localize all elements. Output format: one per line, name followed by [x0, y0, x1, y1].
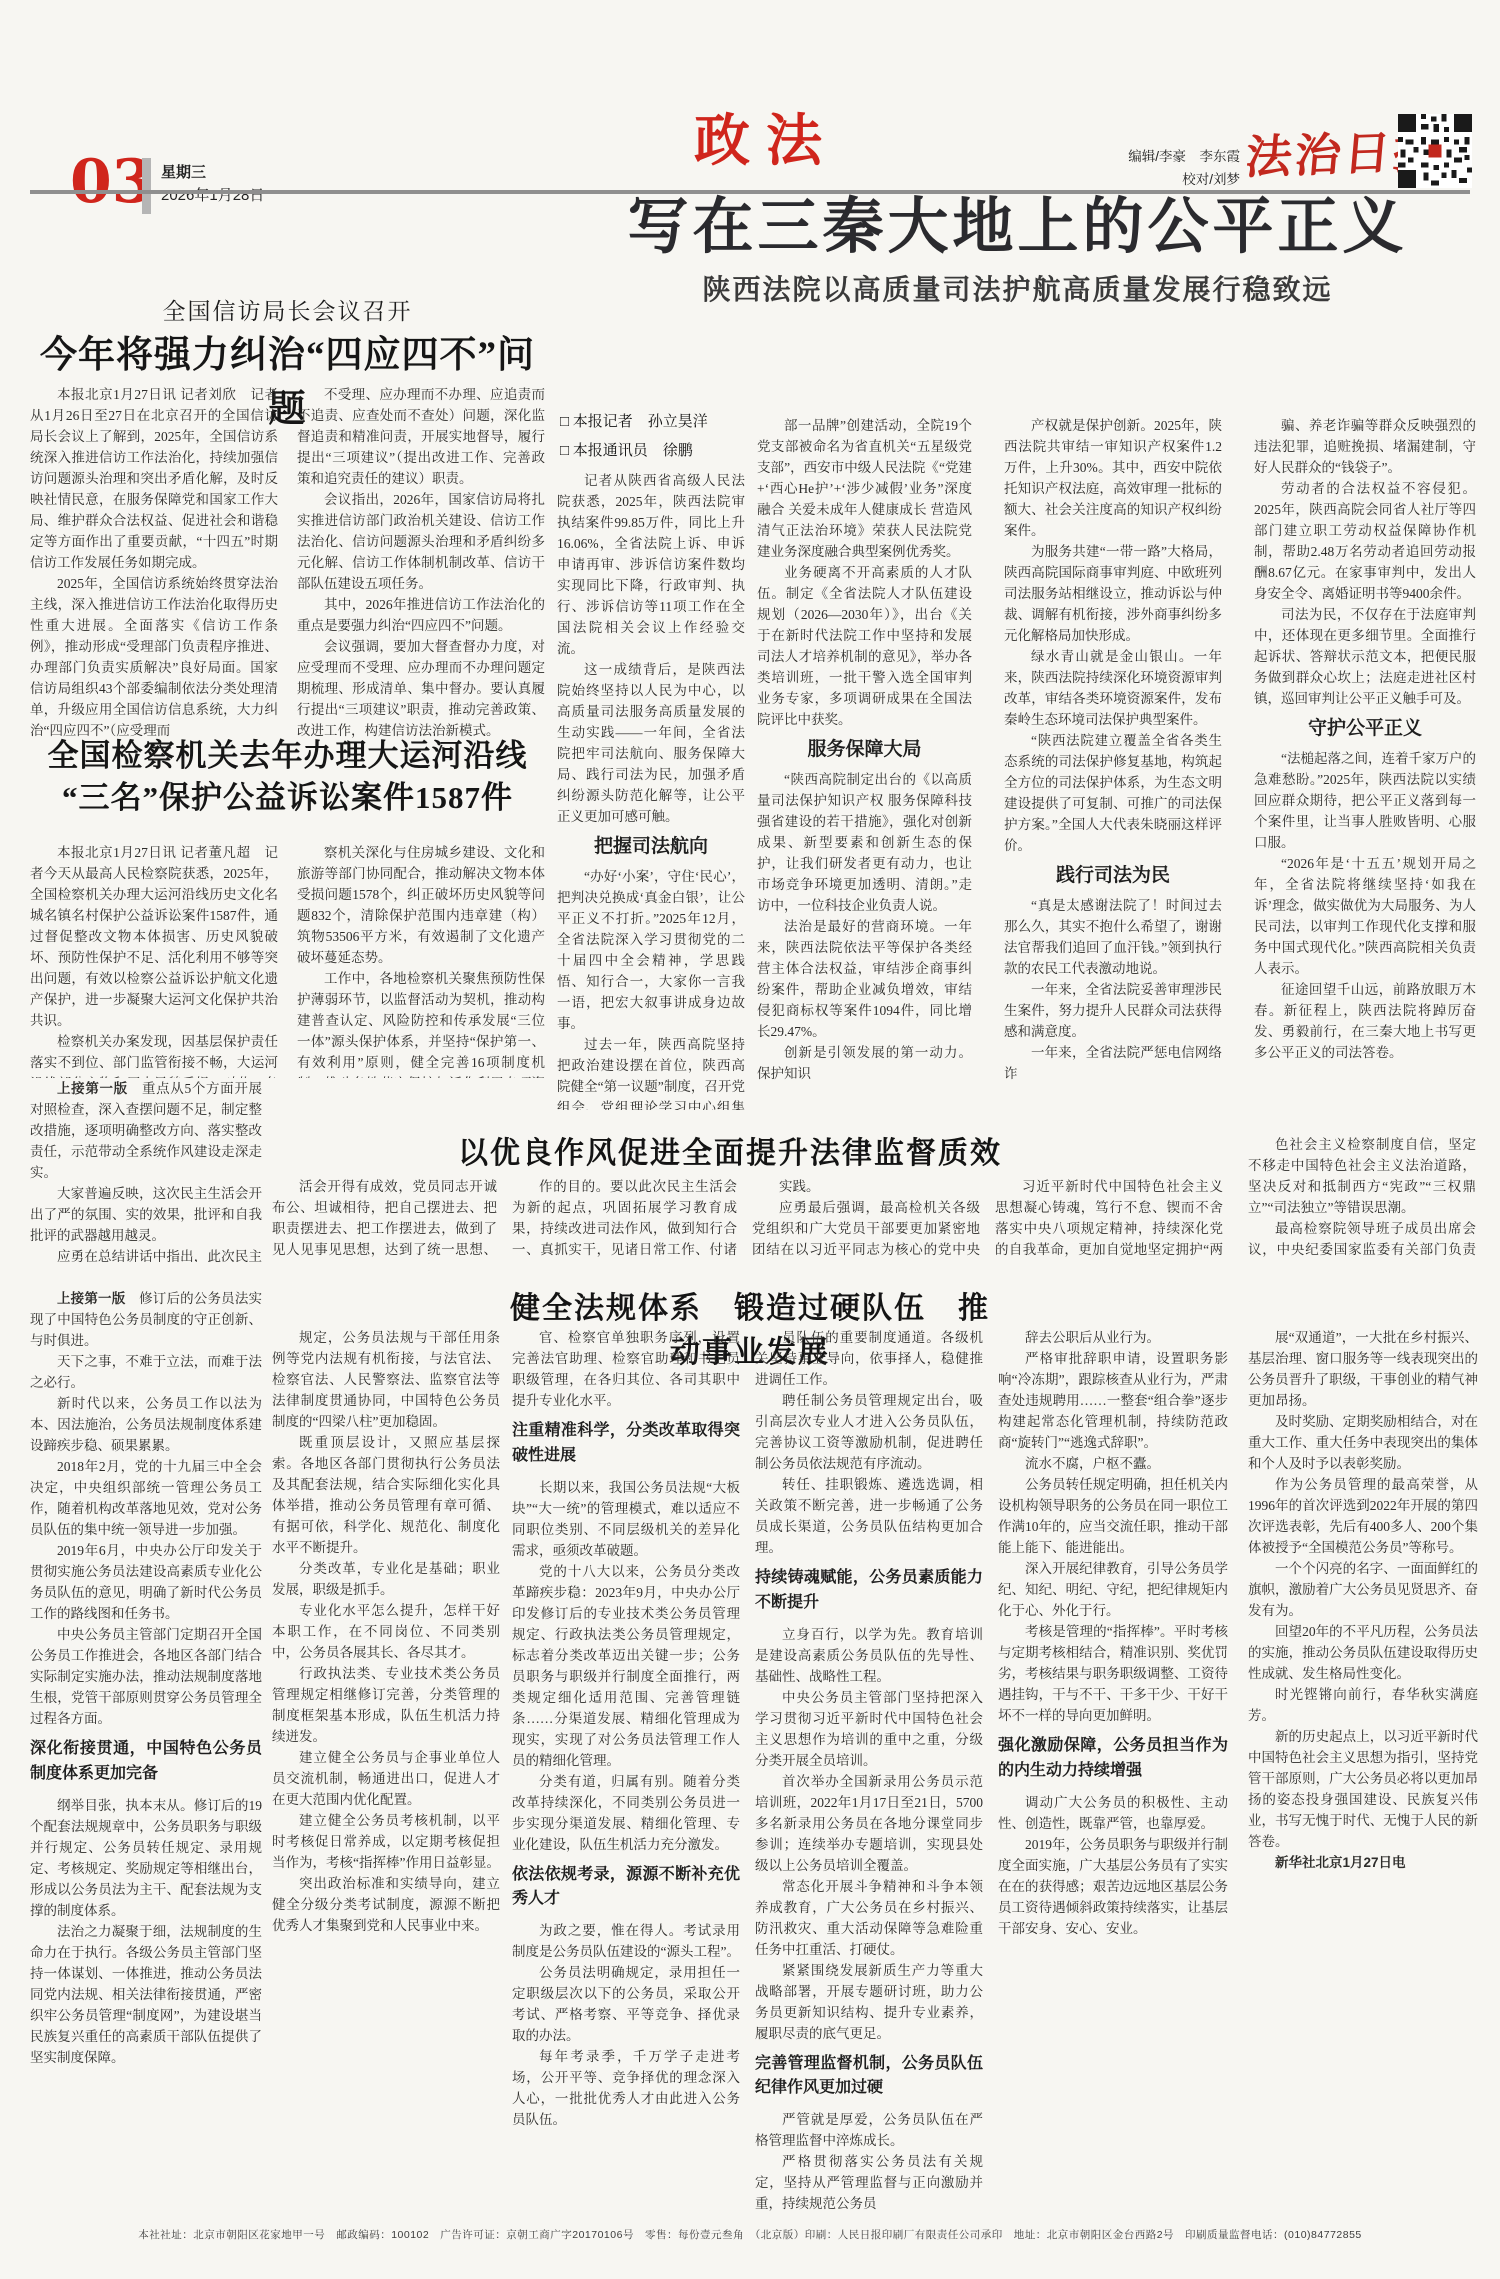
- paragraph: 2025年，全国信访系统始终贯穿法治主线，深入推进信访工作法治化取得历史性重大进…: [30, 573, 278, 741]
- paragraph: 长期以来，我国公务员法规“大板块”“大一统”的管理模式，难以适应不同职位类别、不…: [512, 1477, 740, 1561]
- paragraph: 部一品牌”创建活动，全院19个党支部被命名为省直机关“五星级党支部”，西安市中级…: [757, 415, 972, 562]
- paragraph: 本报北京1月27日讯 记者刘欣 记者从1月26日至27日在北京召开的全国信访局长…: [30, 384, 278, 573]
- paragraph: 作的目的。要以此次民主生活会为新的起点，巩固拓展学习教育成果，持续改进司法作风，…: [512, 1176, 737, 1262]
- paragraph: 司法为民，不仅存在于法庭审判中，还体现在更多细节里。全面推行起诉状、答辩状示范文…: [1254, 604, 1476, 709]
- civilservant-column-1: 上接第一版 修订后的公务员法实现了中国特色公务员制度的守正创新、与时俱进。天下之…: [30, 1288, 262, 2223]
- paragraph: 一个个闪亮的名字、一面面鲜红的旗帜，激励着广大公务员见贤思齐、奋发有为。: [1248, 1558, 1478, 1621]
- paragraph: 深入开展纪律教育，引导公务员学纪、知纪、明纪、守纪，把纪律规矩内化于心、外化于行…: [998, 1558, 1228, 1621]
- paragraph: 2019年，公务员职务与职级并行制度全面实施，广大基层公务员有了实实在在的获得感…: [998, 1834, 1228, 1939]
- paragraph: 察机关深化与住房城乡建设、文化和旅游等部门协同配合，推动解决文物本体受损问题15…: [297, 842, 545, 968]
- inline-subhead: 深化衔接贯通，中国特色公务员制度体系更加完备: [30, 1737, 262, 1787]
- article1-column-2: 不受理、应办理而不办理、应追责而不追责、应查处而不查处）问题，深化监督追责和精准…: [297, 384, 545, 760]
- paragraph: 过去一年，陕西高院坚持把政治建设摆在首位，陕西高院健全“第一议题”制度，召开党组…: [557, 1034, 745, 1110]
- paragraph: 不受理、应办理而不办理、应追责而不追责、应查处而不查处）问题，深化监督追责和精准…: [297, 384, 545, 489]
- paragraph: 习近平新时代中国特色社会主义思想凝心铸魂，笃行不怠、锲而不舍落实中央八项规定精神…: [995, 1176, 1223, 1262]
- paragraph: 上接第一版 重点从5个方面开展对照检查，深入查摆问题不足，制定整改措施，逐项明确…: [30, 1078, 262, 1183]
- paragraph: 检察机关办案发现，因基层保护责任落实不到位、部门监管衔接不畅，大运河沿线部分文物…: [30, 1031, 278, 1078]
- paragraph: “真是太感谢法院了！时间过去那么久，其实不抱什么希望了，谢谢法官帮我们追回了血汗…: [1004, 895, 1222, 979]
- inline-subhead: 践行司法为民: [1004, 865, 1222, 886]
- paragraph: 规定，公务员法规与干部任用条例等党内法规有机衔接，与法官法、检察官法、人民警察法…: [272, 1327, 500, 1432]
- paragraph: “办好‘小案’，守住‘民心’，把判决兑换成‘真金白银’，让公平正义不打折。”20…: [557, 866, 745, 1034]
- date-block: 星期三 2026年1月28日: [161, 162, 264, 207]
- civilservant-column-5: 辞去公职后从业行为。严格审批辞职申请，设置职务影响“冷冻期”，跟踪核查从业行为，…: [998, 1327, 1228, 2225]
- paragraph: 绿水青山就是金山银山。一年来，陕西法院持续深化环境资源审判改革，审结各类环境资源…: [1004, 646, 1222, 730]
- byline-correspondent: □ 本报通讯员 徐鹏: [560, 437, 760, 466]
- paragraph: 征途回望千山远，前路放眼万木春。新征程上，陕西法院将踔厉奋发、勇毅前行，在三秦大…: [1254, 979, 1476, 1063]
- paragraph: 辞去公职后从业行为。: [998, 1327, 1228, 1348]
- divider-bar: [142, 158, 151, 214]
- paragraph: 2019年6月，中央办公厅印发关于贯彻实施公务员法建设高素质专业化公务员队伍的意…: [30, 1540, 262, 1624]
- paragraph: “法槌起落之间，连着千家万户的急难愁盼。”2025年，陕西法院以实绩回应群众期待…: [1254, 748, 1476, 853]
- paragraph: 首次举办全国新录用公务员示范培训班，2022年1月17日至21日，5700多名新…: [755, 1771, 983, 1876]
- procuratorate-column-3: 作的目的。要以此次民主生活会为新的起点，巩固拓展学习教育成果，持续改进司法作风，…: [512, 1176, 737, 1262]
- article2-headline: 全国检察机关去年办理大运河沿线 “三名”保护公益诉讼案件1587件: [30, 735, 545, 819]
- article2-column-2: 察机关深化与住房城乡建设、文化和旅游等部门协同配合，推动解决文物本体受损问题15…: [297, 842, 545, 1078]
- inline-subhead: 服务保障大局: [757, 739, 972, 760]
- main-subheadline: 陕西法院以高质量司法护航高质量发展行稳致远: [560, 268, 1475, 308]
- page-number: 03: [70, 152, 154, 212]
- editor-credits: 编辑/李豪 李东霞 校对/刘梦: [1080, 146, 1240, 192]
- editor-line: 编辑/李豪 李东霞: [1080, 146, 1240, 169]
- paragraph: 大家普遍反映，这次民主生活会开出了严的氛围、实的效果，批评和自我批评的武器越用越…: [30, 1183, 262, 1246]
- paragraph: 其中，2026年推进信访工作法治化的重点是要强力纠治“四应四不”问题。: [297, 594, 545, 636]
- paragraph: 应勇在总结讲话中指出，此次民主生: [30, 1246, 262, 1262]
- paragraph: 中央公务员主管部门定期召开全国公务员工作推进会，各地区各部门结合实际制定实施办法…: [30, 1624, 262, 1729]
- paragraph: 公务员转任规定明确，担任机关内设机构领导职务的公务员在同一职位工作满10年的，应…: [998, 1474, 1228, 1558]
- paragraph: 上接第一版 修订后的公务员法实现了中国特色公务员制度的守正创新、与时俱进。: [30, 1288, 262, 1351]
- paragraph: 流水不腐，户枢不蠹。: [998, 1453, 1228, 1474]
- paragraph: 最高检察院领导班子成员出席会议，中央纪委国家监委有关部门负责同志到会指导，机关各…: [1248, 1218, 1476, 1262]
- paragraph: 天下之事，不难于立法，而难于法之必行。: [30, 1351, 262, 1393]
- paragraph: 一年来，全省法院严惩电信网络诈: [1004, 1042, 1222, 1084]
- proof-line: 校对/刘梦: [1080, 169, 1240, 192]
- inline-subhead: 依法依规考录，源源不断补充优秀人才: [512, 1863, 740, 1913]
- paragraph: 业务硬离不开高素质的人才队伍。制定《全省法院人才队伍建设规划（2026—2030…: [757, 562, 972, 730]
- paragraph: 每年考录季，千万学子走进考场，公开平等、竞争择优的理念深入人心，一批批优秀人才由…: [512, 2046, 740, 2130]
- paragraph: 建立健全公务员考核机制，以平时考核促日常养成，以定期考核促担当作为，考核“指挥棒…: [272, 1810, 500, 1873]
- main-column-4: 骗、养老诈骗等群众反映强烈的违法犯罪，追赃挽损、堵漏建制，守好人民群众的“钱袋子…: [1254, 415, 1476, 1110]
- paragraph: 为服务共建“一带一路”大格局，陕西高院国际商事审判庭、中欧班列司法服务站相继设立…: [1004, 541, 1222, 646]
- paragraph: 活会开得有成效，党员同志开诚布公、坦诚相待，把自己摆进去、把职责摆进去、把工作摆…: [272, 1176, 497, 1262]
- article2-headline-line2: “三名”保护公益诉讼案件1587件: [30, 777, 545, 819]
- civilservant-column-4: 员队伍的重要制度通道。各级机关坚持事业导向，依事择人，稳健推进调任工作。聘任制公…: [755, 1327, 983, 2225]
- paragraph: 应勇最后强调，最高检机关各级党组织和广大党员干部要更加紧密地团结在以习近平同志为…: [752, 1197, 980, 1262]
- paragraph: 纲举目张，执本末从。修订后的19个配套法规规章中，公务员职务与职级并行规定、公务…: [30, 1795, 262, 1921]
- paragraph: 严格审批辞职申请，设置职务影响“冷冻期”，跟踪核查从业行为，严肃查处违规聘用………: [998, 1348, 1228, 1453]
- paragraph: 突出政治标准和实绩导向，建立健全分级分类考试制度，源源不断把优秀人才集聚到党和人…: [272, 1873, 500, 1936]
- qr-code-icon: [1398, 114, 1472, 188]
- inline-subhead: 守护公平正义: [1254, 718, 1476, 739]
- paragraph: 调动广大公务员的积极性、主动性、创造性，既靠严管，也靠厚爱。: [998, 1792, 1228, 1834]
- paragraph: 员队伍的重要制度通道。各级机关坚持事业导向，依事择人，稳健推进调任工作。: [755, 1327, 983, 1390]
- paragraph: 考核是管理的“指挥棒”。平时考核与定期考核相结合，精准识别、奖优罚劣，考核结果与…: [998, 1621, 1228, 1726]
- main-column-3: 产权就是保护创新。2025年，陕西法院共审结一审知识产权案件1.2万件，上升30…: [1004, 415, 1222, 1110]
- paragraph: 法治之力凝聚于细，法规制度的生命力在于执行。各级公务员主管部门坚持一体谋划、一体…: [30, 1921, 262, 2068]
- paragraph: 工作中，各地检察机关聚焦预防性保护薄弱环节，以监督活动为契机，推动构建普查认定、…: [297, 968, 545, 1078]
- paragraph: 记者从陕西省高级人民法院获悉，2025年，陕西法院审执结案件99.85万件，同比…: [557, 470, 745, 659]
- paragraph: 这一成绩背后，是陕西法院始终坚持以人民为中心，以高质量司法服务高质量发展的生动实…: [557, 659, 745, 827]
- paragraph: 立身百行，以学为先。教育培训是建设高素质公务员队伍的先导性、基础性、战略性工程。: [755, 1624, 983, 1687]
- procuratorate-column-6: 色社会主义检察制度自信，坚定不移走中国特色社会主义法治道路，坚决反对和抵制西方“…: [1248, 1134, 1476, 1262]
- inline-subhead: 强化激励保障，公务员担当作为的内生动力持续增强: [998, 1734, 1228, 1784]
- paragraph: 新时代以来，公务员工作以法为本、因法施治，公务员法规制度体系建设蹄疾步稳、硕果累…: [30, 1393, 262, 1456]
- paragraph: 实践。: [752, 1176, 980, 1197]
- paragraph: 色社会主义检察制度自信，坚定不移走中国特色社会主义法治道路，坚决反对和抵制西方“…: [1248, 1134, 1476, 1218]
- main-column-2: 部一品牌”创建活动，全院19个党支部被命名为省直机关“五星级党支部”，西安市中级…: [757, 415, 972, 1110]
- paragraph: 会议指出，2026年，国家信访局将扎实推进信访部门政治机关建设、信访工作法治化、…: [297, 489, 545, 594]
- date: 2026年1月28日: [161, 185, 264, 208]
- inline-subhead: 把握司法航向: [557, 836, 745, 857]
- paragraph: 劳动者的合法权益不容侵犯。2025年，陕西高院会同省人社厅等四部门建立职工劳动权…: [1254, 478, 1476, 604]
- paragraph: 党的十八大以来，公务员分类改革蹄疾步稳：2023年9月，中央办公厅印发修订后的专…: [512, 1561, 740, 1771]
- paragraph: 一年来，全省法院妥善审理涉民生案件，努力提升人民群众司法获得感和满意度。: [1004, 979, 1222, 1042]
- byline-reporter: □ 本报记者 孙立昊洋: [560, 408, 760, 437]
- civilservant-column-3: 官、检察官单独职务序列，设置完善法官助理、检察官助理和书记员职级管理，在各归其位…: [512, 1327, 740, 2225]
- paragraph: 建立健全公务员与企事业单位人员交流机制，畅通进出口，促进人才在更大范围内优化配置…: [272, 1747, 500, 1810]
- article2-headline-line1: 全国检察机关去年办理大运河沿线: [30, 735, 545, 777]
- paragraph: 既重顶层设计，又照应基层探索。各地区各部门贯彻执行公务员法及其配套法规，结合实际…: [272, 1432, 500, 1558]
- procuratorate-column-4: 实践。应勇最后强调，最高检机关各级党组织和广大党员干部要更加紧密地团结在以习近平…: [752, 1176, 980, 1262]
- paragraph: “陕西法院建立覆盖全省各类生态系统的司法保护修复基地，构筑起全方位的司法保护体系…: [1004, 730, 1222, 856]
- article1-kicker: 全国信访局长会议召开: [30, 293, 545, 326]
- main-byline: □ 本报记者 孙立昊洋 □ 本报通讯员 徐鹏: [560, 408, 760, 465]
- article1-column-1: 本报北京1月27日讯 记者刘欣 记者从1月26日至27日在北京召开的全国信访局长…: [30, 384, 278, 760]
- paragraph: 法治是最好的营商环境。一年来，陕西法院依法平等保护各类经营主体合法权益，审结涉企…: [757, 916, 972, 1042]
- paragraph: 作为公务员管理的最高荣誉，从1996年的首次评选到2022年开展的第四次评选表彰…: [1248, 1474, 1478, 1558]
- paragraph: 行政执法类、专业技术类公务员管理规定相继修订完善，分类管理的制度框架基本形成，队…: [272, 1663, 500, 1747]
- weekday: 星期三: [161, 162, 264, 185]
- paragraph: 产权就是保护创新。2025年，陕西法院共审结一审知识产权案件1.2万件，上升30…: [1004, 415, 1222, 541]
- paragraph: 聘任制公务员管理规定出台，吸引高层次专业人才进入公务员队伍，完善协议工资等激励机…: [755, 1390, 983, 1474]
- paragraph: 分类改革，专业化是基础；职业发展，职级是抓手。: [272, 1558, 500, 1600]
- paragraph: “陕西高院制定出台的《以高质量司法保护知识产权 服务保障科技强省建设的若干措施》…: [757, 769, 972, 916]
- procuratorate-column-2: 活会开得有成效，党员同志开诚布公、坦诚相待，把自己摆进去、把职责摆进去、把工作摆…: [272, 1176, 497, 1262]
- continued-from-page-one-marker: 上接第一版: [57, 1081, 128, 1096]
- paragraph: 分类有道，归属有别。随着分类改革持续深化，不同类别公务员进一步实现分渠道发展、精…: [512, 1771, 740, 1855]
- paragraph: 官、检察官单独职务序列，设置完善法官助理、检察官助理和书记员职级管理，在各归其位…: [512, 1327, 740, 1411]
- main-headline: 写在三秦大地上的公平正义: [560, 196, 1475, 257]
- procuratorate-column-1: 上接第一版 重点从5个方面开展对照检查，深入查摆问题不足，制定整改措施，逐项明确…: [30, 1078, 262, 1262]
- paragraph: 为政之要，惟在得人。考试录用制度是公务员队伍建设的“源头工程”。: [512, 1920, 740, 1962]
- paragraph: 会议强调，要加大督查督办力度，对应受理而不受理、应办理而不办理问题定期梳理、形成…: [297, 636, 545, 741]
- procuratorate-column-5: 习近平新时代中国特色社会主义思想凝心铸魂，笃行不怠、锲而不舍落实中央八项规定精神…: [995, 1176, 1223, 1262]
- paragraph: 本报北京1月27日讯 记者董凡超 记者今天从最高人民检察院获悉，2025年，全国…: [30, 842, 278, 1031]
- paragraph: 回望20年的不平凡历程，公务员法的实施，推动公务员队伍建设取得历史性成就、发生格…: [1248, 1621, 1478, 1684]
- paragraph: 严管就是厚爱，公务员队伍在严格管理监督中淬炼成长。: [755, 2109, 983, 2151]
- inline-subhead: 注重精准科学，分类改革取得突破性进展: [512, 1419, 740, 1469]
- paragraph: 及时奖励、定期奖励相结合，对在重大工作、重大任务中表现突出的集体和个人及时予以表…: [1248, 1411, 1478, 1474]
- paragraph: 中央公务员主管部门坚持把深入学习贯彻习近平新时代中国特色社会主义思想作为培训的重…: [755, 1687, 983, 1771]
- procuratorate-banner-headline: 以优良作风促进全面提升法律监督质效: [440, 1128, 1020, 1172]
- paragraph: 转任、挂职锻炼、遴选选调，相关政策不断完善，进一步畅通了公务员成长渠道，公务员队…: [755, 1474, 983, 1558]
- paragraph: 严格贯彻落实公务员法有关规定，坚持从严管理监督与正向激励并重，持续规范公务员: [755, 2151, 983, 2214]
- paragraph: 创新是引领发展的第一动力。保护知识: [757, 1042, 972, 1084]
- paragraph: 2018年2月，党的十九届三中全会决定，中央组织部统一管理公务员工作，随着机构改…: [30, 1456, 262, 1540]
- inline-subhead: 持续铸魂赋能，公务员素质能力不断提升: [755, 1566, 983, 1616]
- paragraph: 时光铿锵向前行，春华秋实满庭芳。: [1248, 1684, 1478, 1726]
- section-title: 政法: [694, 114, 838, 170]
- news-agency-dateline: 新华社北京1月27日电: [1248, 1852, 1478, 1873]
- inline-subhead: 完善管理监督机制，公务员队伍纪律作风更加过硬: [755, 2052, 983, 2102]
- article2-column-1: 本报北京1月27日讯 记者董凡超 记者今天从最高人民检察院获悉，2025年，全国…: [30, 842, 278, 1078]
- footer-imprint: 本社社址：北京市朝阳区花家地甲一号 邮政编码：100102 广告许可证：京朝工商…: [0, 2227, 1500, 2242]
- continued-from-page-one-marker: 上接第一版: [57, 1291, 125, 1306]
- paragraph: 专业化水平怎么提升，怎样干好本职工作，在不同岗位、不同类别中，公务员各展其长、各…: [272, 1600, 500, 1663]
- paragraph: 新的历史起点上，以习近平新时代中国特色社会主义思想为指引，坚持党管干部原则，广大…: [1248, 1726, 1478, 1852]
- civilservant-column-2: 规定，公务员法规与干部任用条例等党内法规有机衔接，与法官法、检察官法、人民警察法…: [272, 1327, 500, 2225]
- paragraph: 展“双通道”，一大批在乡村振兴、基层治理、窗口服务等一线表现突出的公务员晋升了职…: [1248, 1327, 1478, 1411]
- civilservant-column-6: 展“双通道”，一大批在乡村振兴、基层治理、窗口服务等一线表现突出的公务员晋升了职…: [1248, 1327, 1478, 2225]
- main-column-1: 记者从陕西省高级人民法院获悉，2025年，陕西法院审执结案件99.85万件，同比…: [557, 470, 745, 1110]
- paragraph: 常态化开展斗争精神和斗争本领养成教育，广大公务员在乡村振兴、防汛救灾、重大活动保…: [755, 1876, 983, 1960]
- paragraph: 骗、养老诈骗等群众反映强烈的违法犯罪，追赃挽损、堵漏建制，守好人民群众的“钱袋子…: [1254, 415, 1476, 478]
- paragraph: “2026年是‘十五五’规划开局之年，全省法院将继续坚持‘如我在诉’理念，做实做…: [1254, 853, 1476, 979]
- paragraph: 公务员法明确规定，录用担任一定职级层次以下的公务员，采取公开考试、严格考察、平等…: [512, 1962, 740, 2046]
- paragraph: 紧紧围绕发展新质生产力等重大战略部署，开展专题研讨班，助力公务员更新知识结构、提…: [755, 1960, 983, 2044]
